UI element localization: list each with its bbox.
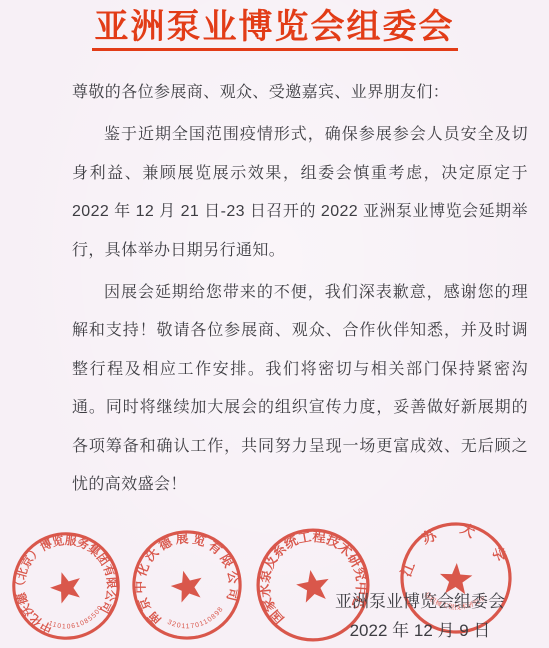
letter-page: 亚洲泵业博览会组委会 尊敬的各位参展商、观众、受邀嘉宾、业界朋友们： 鉴于近期全… [0,0,549,648]
signature-date: 2022 年 12 月 9 日 [330,621,510,641]
document-title: 亚洲泵业博览会组委会 [92,9,458,51]
svg-text:1101061085500: 1101061085500 [46,603,109,638]
signature-organization: 亚洲泵业博览会组委会 [330,592,510,612]
salutation: 尊敬的各位参展商、观众、受邀嘉宾、业界朋友们： [72,74,528,112]
company-seal-zhonghua-wode-beijing: 中化沃德（北京）博览服务集团有限公司1101061085500 [8,528,124,644]
paragraph-apology: 因展会延期给您带来的不便，我们深表歉意，感谢您的理解和支持！敬请各位参展商、观众… [72,274,528,504]
signature-block: 亚洲泵业博览会组委会 2022 年 12 月 9 日 [330,592,510,641]
paragraph-postponement: 鉴于近期全国范围疫情形式，确保参展参会人员安全及切身利益、兼顾展览展示效果，组委… [72,116,528,270]
header: 亚洲泵业博览会组委会 [0,0,549,51]
company-seal-nanjing-zhonghua-wode: 南京中化沃德展览有限公司3201170110898 [128,526,246,644]
svg-text:3201170110898: 3201170110898 [165,604,228,636]
letter-body: 尊敬的各位参展商、观众、受邀嘉宾、业界朋友们： 鉴于近期全国范围疫情形式，确保参… [72,74,528,504]
